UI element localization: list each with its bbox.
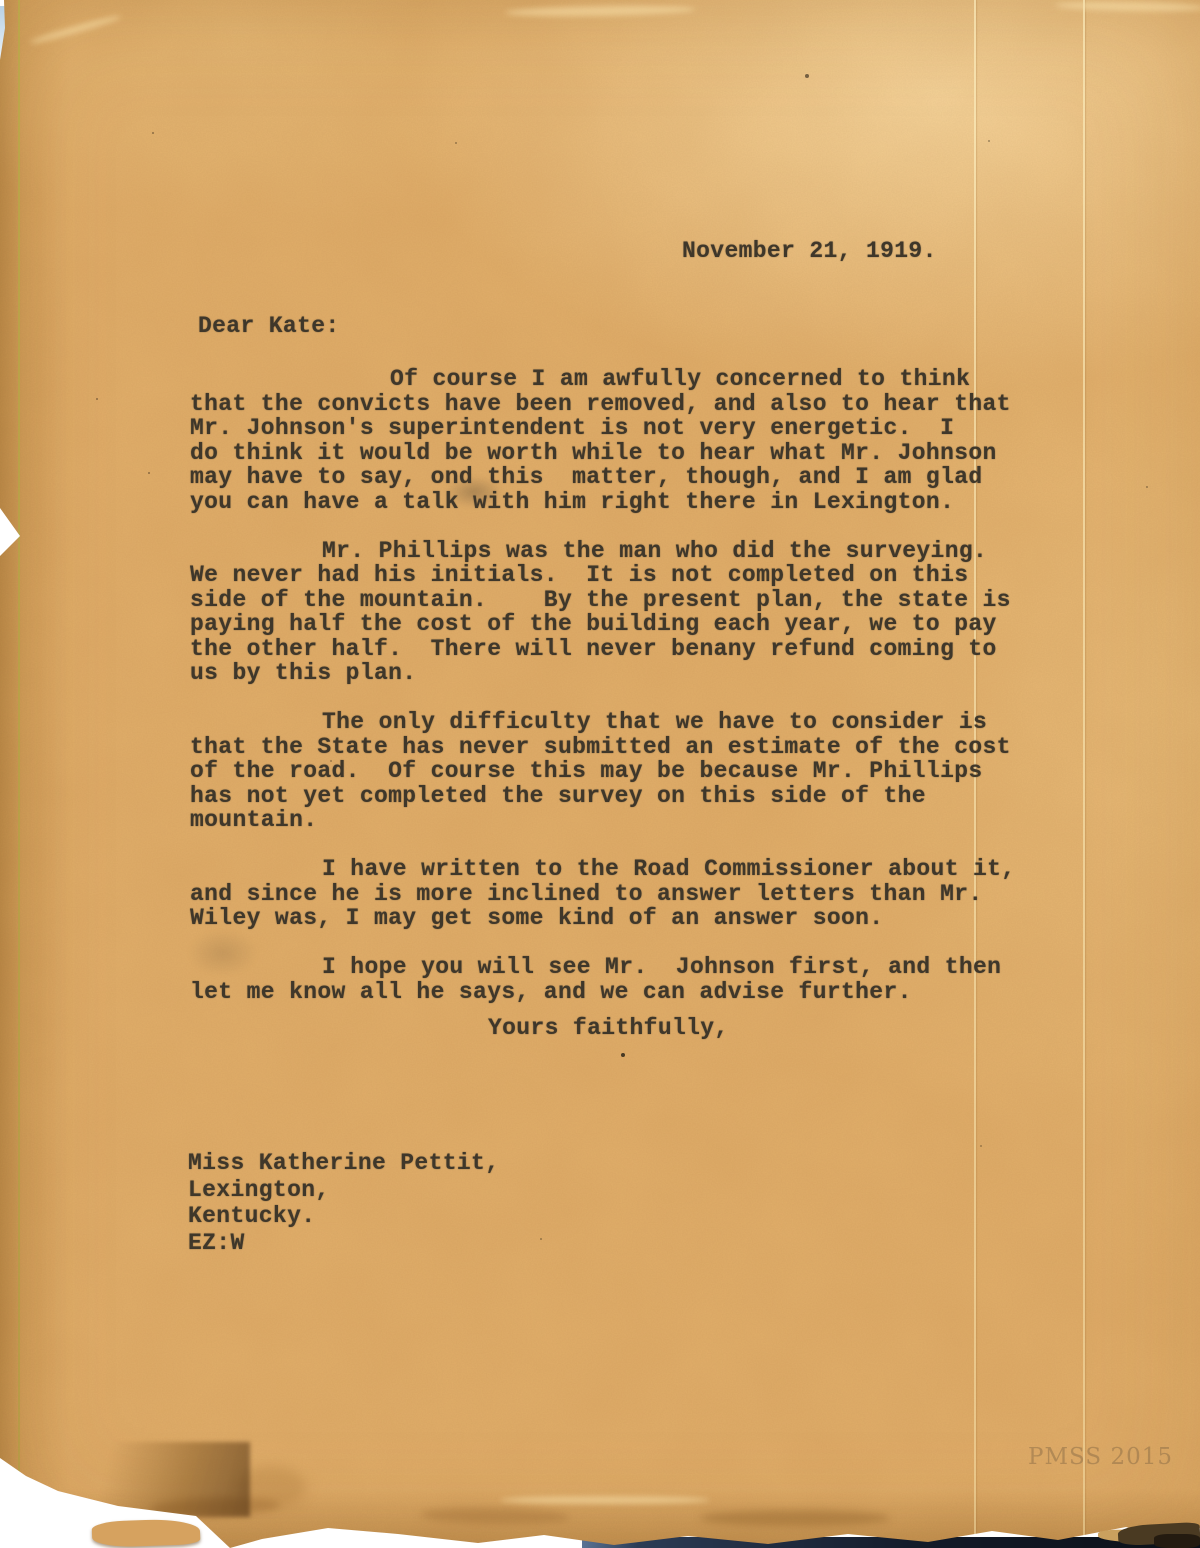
letter-line: Wiley was, I may get some kind of an ans…	[190, 906, 1060, 931]
crumple-shadow	[700, 1510, 890, 1526]
letter-salutation: Dear Kate:	[198, 314, 340, 339]
torn-paper-flap	[1154, 1534, 1200, 1548]
letter-line: may have to say, ond this matter, though…	[190, 465, 1060, 490]
letter-line: I have written to the Road Commissioner …	[190, 857, 1060, 882]
letter-paper: November 21, 1919. Dear Kate: Of course …	[0, 0, 1200, 1548]
letter-line: that the convicts have been removed, and…	[190, 392, 1060, 417]
letter-line: I hope you will see Mr. Johnson first, a…	[190, 955, 1060, 980]
tear-shadow	[0, 1442, 250, 1517]
paragraph: Mr. Phillips was the man who did the sur…	[190, 539, 1060, 686]
vertical-fold-line	[1083, 0, 1085, 1548]
letter-line: Of course I am awfully concerned to thin…	[190, 367, 1060, 392]
paragraph: I hope you will see Mr. Johnson first, a…	[190, 955, 1060, 1004]
archive-watermark: PMSS 2015	[1028, 1444, 1173, 1470]
letter-line: side of the mountain. By the present pla…	[190, 588, 1060, 613]
letter-line: do think it would be worth while to hear…	[190, 441, 1060, 466]
letter-line: that the State has never submitted an es…	[190, 735, 1060, 760]
letter-line: has not yet completed the survey on this…	[190, 784, 1060, 809]
letter-line: of the road. Of course this may be becau…	[190, 759, 1060, 784]
letter-line: We never had his initials. It is not com…	[190, 563, 1060, 588]
recipient-block: Miss Katherine Pettit, Lexington, Kentuc…	[188, 1150, 499, 1256]
letter-line: the other half. There will never benany …	[190, 637, 1060, 662]
letter-body: Of course I am awfully concerned to thin…	[190, 367, 1060, 1004]
letter-line: paying half the cost of the building eac…	[190, 612, 1060, 637]
scanned-letter-page: November 21, 1919. Dear Kate: Of course …	[0, 0, 1200, 1548]
letter-line: us by this plan.	[190, 661, 1060, 686]
paragraph: Of course I am awfully concerned to thin…	[190, 367, 1060, 514]
letter-line: you can have a talk with him right there…	[190, 490, 1060, 515]
letter-line: mountain.	[190, 808, 1060, 833]
letter-line: The only difficulty that we have to cons…	[190, 710, 1060, 735]
paragraph: The only difficulty that we have to cons…	[190, 710, 1060, 833]
typist-initials: EZ:W	[188, 1230, 499, 1257]
crease-highlight	[500, 1496, 710, 1504]
letter-line: Mr. Phillips was the man who did the sur…	[190, 539, 1060, 564]
recipient-line: Kentucky.	[188, 1203, 499, 1230]
left-edge-stain-line	[18, 0, 20, 1548]
torn-paper-flap	[92, 1518, 201, 1548]
recipient-line: Miss Katherine Pettit,	[188, 1150, 499, 1177]
letter-line: let me know all he says, and we can advi…	[190, 980, 1060, 1005]
letter-line: Mr. Johnson's superintendent is not very…	[190, 416, 1060, 441]
paragraph: I have written to the Road Commissioner …	[190, 857, 1060, 931]
letter-date: November 21, 1919.	[682, 239, 937, 264]
stray-ink-dot	[621, 1053, 625, 1057]
recipient-line: Lexington,	[188, 1177, 499, 1204]
letter-line: and since he is more inclined to answer …	[190, 882, 1060, 907]
letter-closing: Yours faithfully,	[488, 1016, 729, 1041]
paper-specks	[0, 0, 2, 2]
